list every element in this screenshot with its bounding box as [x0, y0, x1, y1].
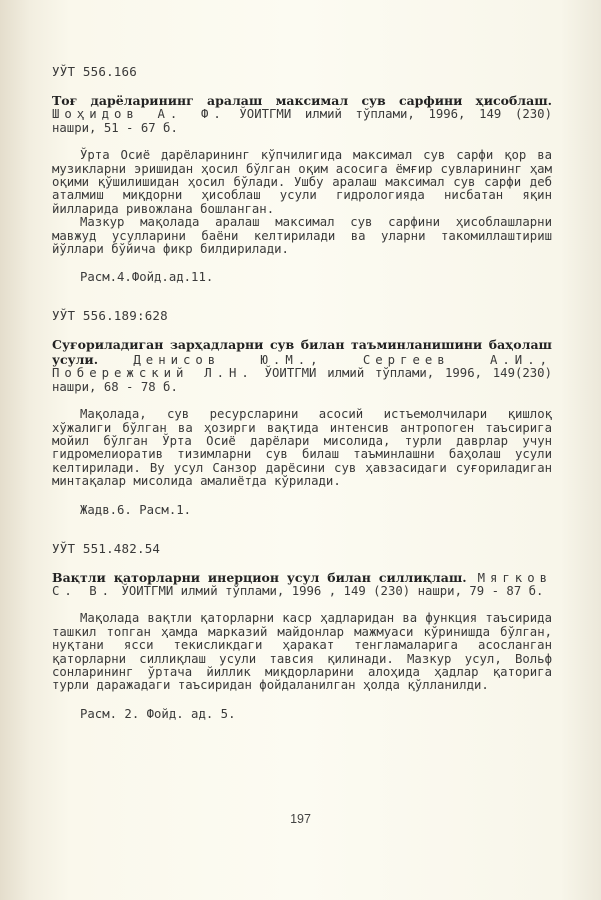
authors: Шоҳидов А. Ф.	[52, 107, 226, 121]
page-number: 197	[0, 812, 601, 826]
document-page: УЎТ 556.166 Тоғ дарёларининг аралаш макс…	[52, 64, 552, 725]
abstract-entry-2: УЎТ 556.189:628 Суғориладиган зарҳадларн…	[52, 308, 552, 520]
abstract-text: Ўрта Осиё дарёларининг кўпчилигида макси…	[52, 149, 552, 256]
udc-code: УЎТ 556.166	[52, 64, 552, 82]
figure-notes: Жадв.6. Расм.1.	[80, 503, 552, 521]
abstract-paragraph: Мазкур мақолада аралаш максимал сув сарф…	[52, 216, 552, 256]
article-title: Тоғ дарёларининг аралаш максимал сув сар…	[52, 93, 552, 108]
figure-notes: Расм.4.Фойд.ад.11.	[80, 270, 552, 288]
abstract-entry-3: УЎТ 551.482.54 Вақтли қаторларни инерцио…	[52, 541, 552, 725]
article-title: Вақтли қаторларни инерцион усул билан си…	[52, 570, 467, 585]
udc-code: УЎТ 551.482.54	[52, 541, 552, 559]
figure-notes: Расм. 2. Фойд. ад. 5.	[80, 707, 552, 725]
abstract-text: Мақолада, сув ресурсларини асосий истъем…	[52, 408, 552, 488]
abstract-text: Мақолада вақтли қаторларни каср ҳадларид…	[52, 612, 552, 692]
abstract-entry-1: УЎТ 556.166 Тоғ дарёларининг аралаш макс…	[52, 64, 552, 288]
udc-code: УЎТ 556.189:628	[52, 308, 552, 326]
abstract-paragraph: Мақолада вақтли қаторларни каср ҳадларид…	[52, 612, 552, 692]
citation: Тоғ дарёларининг аралаш максимал сув сар…	[52, 94, 552, 135]
abstract-paragraph: Ўрта Осиё дарёларининг кўпчилигида макси…	[52, 149, 552, 216]
citation: Суғориладиган зарҳадларни сув билан таъм…	[52, 338, 552, 394]
abstract-paragraph: Мақолада, сув ресурсларини асосий истъем…	[52, 408, 552, 488]
citation: Вақтли қаторларни инерцион усул билан си…	[52, 571, 552, 599]
source: ЎОИТГМИ илмий тўплами, 1996 , 149 (230) …	[121, 584, 543, 598]
